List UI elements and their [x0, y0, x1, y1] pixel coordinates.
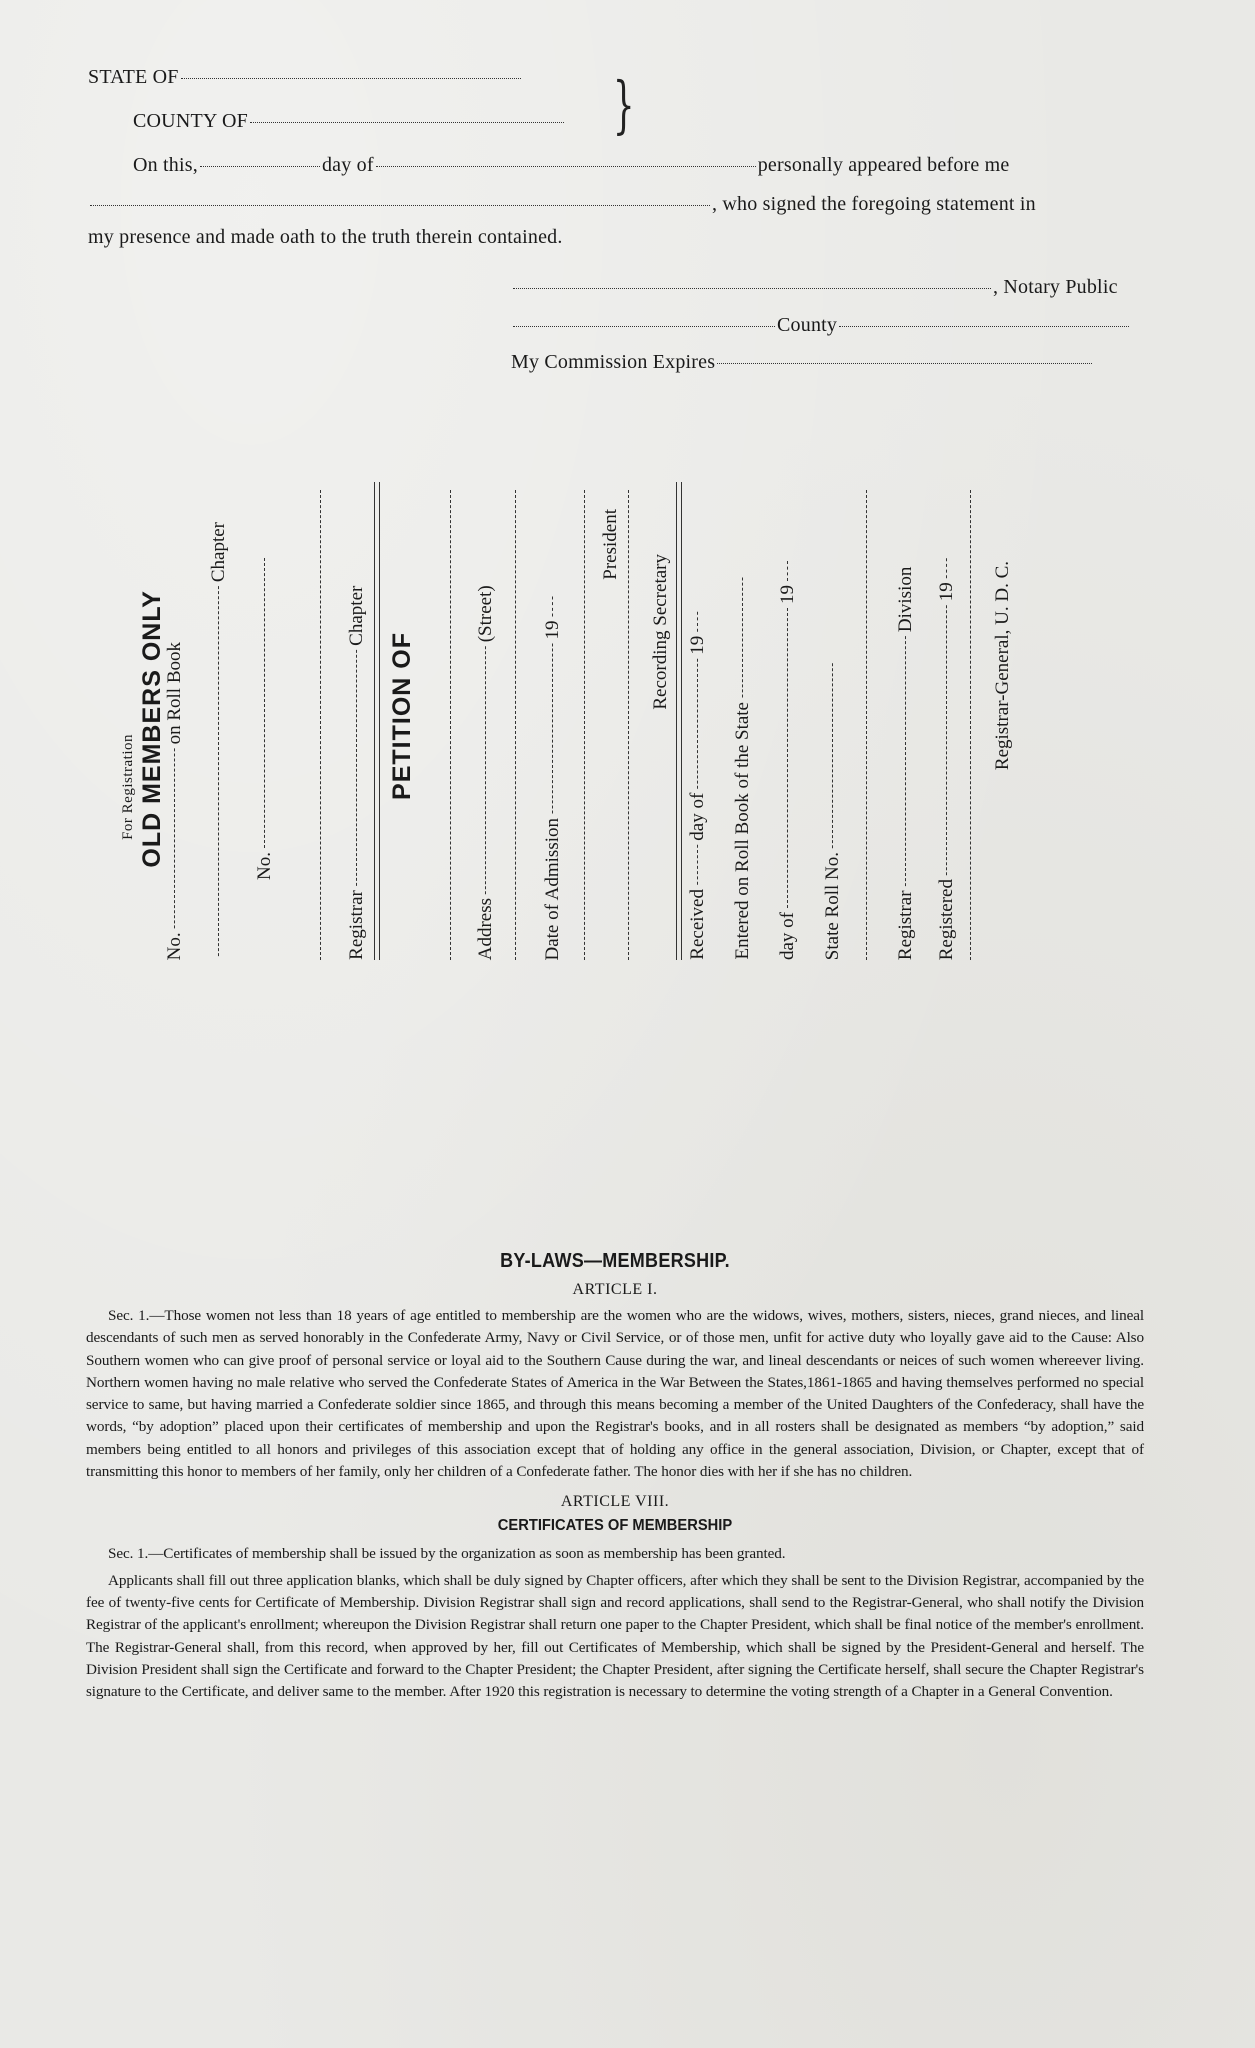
- article-8-heading: ARTICLE VIII.: [86, 1493, 1144, 1511]
- chapter-text: Chapter: [208, 522, 230, 960]
- entered-roll-book-field[interactable]: [743, 578, 744, 698]
- date-of-admission-label: Date of Admission: [542, 818, 564, 961]
- article-8-title: CERTIFICATES OF MEMBERSHIP: [128, 1517, 1101, 1535]
- signer-line: , who signed the foregoing statement in: [88, 193, 1036, 216]
- street-label: (Street): [475, 585, 497, 642]
- chapter-label: Chapter: [208, 522, 230, 582]
- oath-text: my presence and made oath to the truth t…: [88, 226, 563, 249]
- registered-label: Registered: [936, 879, 958, 960]
- oath-line: my presence and made oath to the truth t…: [88, 226, 563, 249]
- signer-name-field[interactable]: [90, 205, 710, 206]
- state-field[interactable]: [181, 78, 521, 79]
- state-roll-no-label: State Roll No.: [822, 852, 844, 960]
- chapter-field[interactable]: [219, 586, 220, 956]
- number-text: No.: [254, 554, 276, 880]
- registrar-field[interactable]: [357, 650, 358, 886]
- admission-year-prefix: 19: [542, 621, 564, 640]
- personally-appeared-label: personally appeared before me: [758, 154, 1010, 177]
- on-this-line: On this, day of personally appeared befo…: [133, 154, 1010, 177]
- number-field[interactable]: [265, 558, 266, 848]
- dashed-divider: [515, 490, 516, 960]
- commission-expiry-field[interactable]: [717, 363, 1092, 364]
- entered-date-field[interactable]: [788, 608, 789, 908]
- registered-year-field[interactable]: [947, 558, 948, 578]
- state-roll-text: State Roll No.: [822, 659, 844, 960]
- month-field[interactable]: [376, 166, 756, 167]
- dashed-divider: [320, 490, 321, 960]
- county-line: COUNTY OF: [133, 110, 566, 133]
- dashed-divider: [970, 490, 971, 960]
- division-registrar-text: Registrar Division: [895, 567, 917, 960]
- chapter-label-2: Chapter: [346, 586, 368, 646]
- recording-secretary-label: Recording Secretary: [650, 554, 672, 710]
- received-month-field[interactable]: [698, 659, 699, 789]
- admission-date-text: Date of Admission 19: [542, 593, 564, 961]
- day-of-label: day of: [322, 154, 374, 177]
- county-label-2: County: [777, 314, 837, 337]
- notary-county-line: County: [511, 314, 1131, 337]
- for-registration-label: For Registration: [120, 734, 137, 840]
- bylaws-section: BY-LAWS—MEMBERSHIP. ARTICLE I. Sec. 1.—T…: [86, 1250, 1144, 1707]
- registrar-chapter-text: Registrar Chapter: [346, 586, 368, 960]
- notary-county-field-right[interactable]: [839, 326, 1129, 327]
- received-day-field[interactable]: [698, 845, 699, 885]
- notary-signature-field[interactable]: [513, 288, 991, 289]
- address-text: Address (Street): [475, 585, 497, 960]
- county-label: COUNTY OF: [133, 110, 248, 133]
- registered-date-field[interactable]: [947, 605, 948, 875]
- entered-roll-book-text: Entered on Roll Book of the State: [732, 574, 754, 960]
- dashed-divider: [628, 490, 629, 960]
- on-this-label: On this,: [133, 154, 198, 177]
- entered-date-text: day of 19: [777, 557, 799, 960]
- division-label: Division: [895, 567, 917, 632]
- dashed-divider: [584, 490, 585, 960]
- notary-county-field-left[interactable]: [513, 326, 775, 327]
- state-line: STATE OF: [88, 66, 523, 89]
- day-of-label-b: day of: [777, 912, 799, 960]
- bylaws-title: BY-LAWS—MEMBERSHIP.: [139, 1250, 1091, 1273]
- notary-public-label: , Notary Public: [993, 276, 1118, 299]
- article-8-section-1: Sec. 1.—Certificates of membership shall…: [86, 1543, 1144, 1565]
- registrar-label: Registrar: [346, 890, 368, 960]
- address-label: Address: [475, 898, 497, 960]
- udc-membership-form-back-page: STATE OF COUNTY OF } On this, day of per…: [0, 0, 1255, 2048]
- entered-year-prefix: 19: [777, 585, 799, 604]
- who-signed-label: , who signed the foregoing statement in: [712, 193, 1036, 216]
- double-rule: [374, 482, 380, 960]
- day-of-label-a: day of: [687, 793, 709, 841]
- article-1-section-1: Sec. 1.—Those women not less than 18 yea…: [86, 1305, 1144, 1483]
- registered-year-prefix: 19: [936, 582, 958, 601]
- notary-public-line: , Notary Public: [511, 276, 1118, 299]
- day-field[interactable]: [200, 166, 320, 167]
- admission-date-field[interactable]: [553, 644, 554, 814]
- petition-of-heading: PETITION OF: [388, 632, 417, 800]
- roll-book-number-field[interactable]: [175, 748, 176, 928]
- entered-roll-book-label: Entered on Roll Book of the State: [732, 702, 754, 960]
- received-year-prefix: 19: [687, 636, 709, 655]
- state-label: STATE OF: [88, 66, 179, 89]
- on-roll-book-label: on Roll Book: [164, 642, 186, 744]
- admission-year-field[interactable]: [553, 597, 554, 617]
- president-label: President: [600, 509, 622, 580]
- article-8-paragraph-2: Applicants shall fill out three applicat…: [86, 1570, 1144, 1704]
- brace-icon: }: [613, 74, 635, 136]
- dashed-divider: [866, 490, 867, 960]
- commission-line: My Commission Expires: [511, 351, 1094, 374]
- roll-book-text: No. on Roll Book: [164, 642, 186, 960]
- article-1-heading: ARTICLE I.: [86, 1281, 1144, 1299]
- received-year-field[interactable]: [698, 612, 699, 632]
- county-field[interactable]: [250, 122, 564, 123]
- dashed-divider: [450, 490, 451, 960]
- registered-text: Registered 19: [936, 554, 958, 960]
- registrar-label-2: Registrar: [895, 890, 917, 960]
- state-roll-number-field[interactable]: [833, 663, 834, 848]
- division-registrar-field[interactable]: [906, 636, 907, 886]
- entered-year-field[interactable]: [788, 561, 789, 581]
- registrar-general-label: Registrar-General, U. D. C.: [992, 561, 1014, 770]
- no-label: No.: [164, 932, 186, 960]
- no-label-2: No.: [254, 852, 276, 880]
- received-label: Received: [687, 889, 709, 960]
- received-text: Received day of 19: [687, 608, 709, 960]
- address-street-field[interactable]: [486, 646, 487, 894]
- old-members-only-heading: OLD MEMBERS ONLY: [138, 590, 167, 868]
- registration-stub: For Registration OLD MEMBERS ONLY No. on…: [120, 470, 1160, 960]
- commission-label: My Commission Expires: [511, 351, 715, 374]
- double-rule: [676, 482, 682, 960]
